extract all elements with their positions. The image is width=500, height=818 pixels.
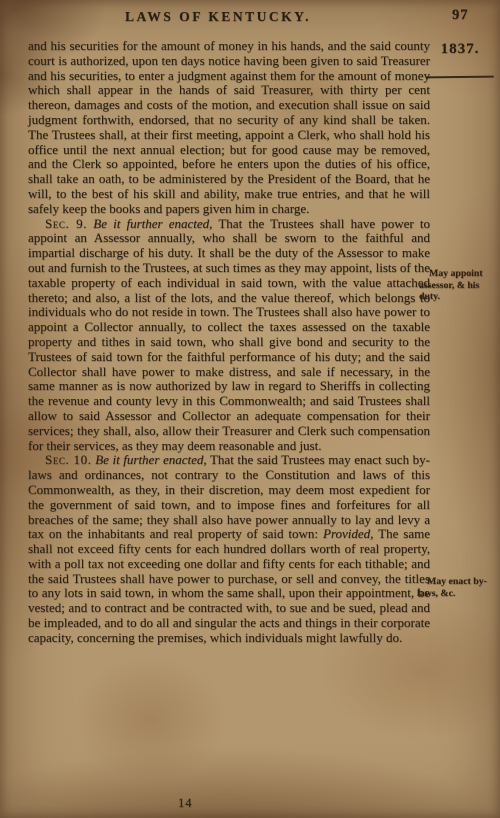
section-9-body: That the Trustees shall have power to ap… bbox=[28, 216, 430, 453]
margin-year: 1837. bbox=[428, 41, 492, 58]
section-9-enacting-clause: Be it further enacted, bbox=[93, 216, 212, 231]
book-page: LAWS OF KENTUCKY. 97 1837. and his secur… bbox=[0, 0, 500, 818]
section-10-proviso-word: Provided, bbox=[323, 526, 373, 541]
section-9-paragraph: Sec. 9. Be it further enacted, That the … bbox=[28, 217, 430, 454]
signature-mark: 14 bbox=[178, 796, 193, 811]
section-10-paragraph: Sec. 10. Be it further enacted, That the… bbox=[28, 453, 430, 645]
page-number: 97 bbox=[452, 7, 492, 24]
statute-text-column: and his securities for the amount of mon… bbox=[28, 39, 430, 646]
section-10-enacting-clause: Be it further enacted, bbox=[95, 452, 206, 467]
section-10-body-after-proviso: The same shall not exceed fifty cents fo… bbox=[28, 526, 430, 645]
section-9-label: Sec. 9. bbox=[45, 216, 87, 231]
paragraph-continuation-text: and his securities for the amount of mon… bbox=[28, 38, 430, 216]
paragraph-continuation: and his securities for the amount of mon… bbox=[28, 39, 430, 217]
section-10-label: Sec. 10. bbox=[45, 452, 92, 467]
margin-year-rule bbox=[426, 76, 494, 79]
running-header: LAWS OF KENTUCKY. bbox=[28, 9, 408, 25]
margin-note-section-10: May enact by-laws, &c. bbox=[417, 576, 493, 599]
margin-note-section-9: May appoint assessor, & his duty. bbox=[419, 268, 495, 303]
